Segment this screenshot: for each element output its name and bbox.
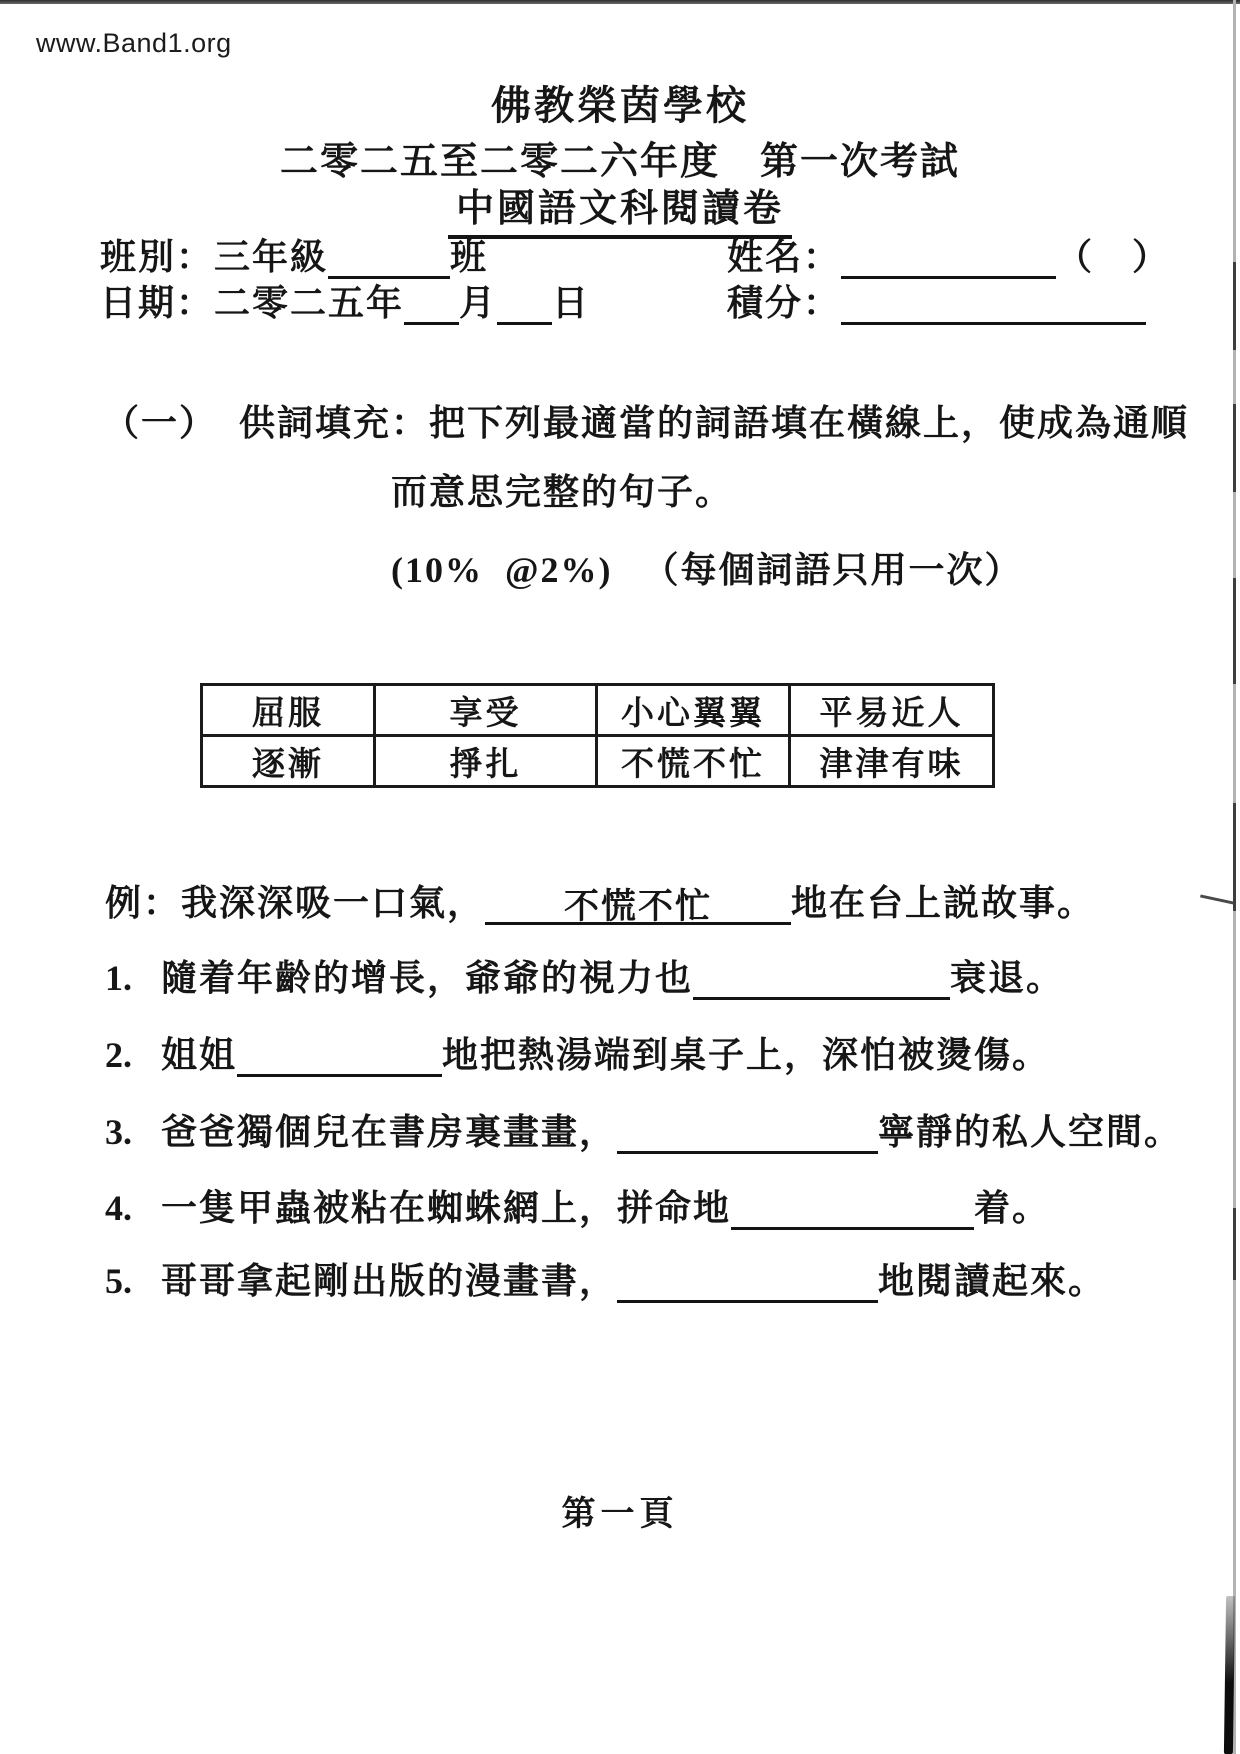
question-text-pre: 姐姐 xyxy=(161,1035,237,1075)
marks-usage-note: （每個詞語只用一次） xyxy=(642,550,1022,590)
watermark: www.Band1.org xyxy=(36,28,232,59)
word-bank-cell: 享受 xyxy=(375,685,597,736)
date-field: 日期：二零二五年月日 xyxy=(100,281,590,325)
name-label: 姓名： xyxy=(727,237,841,277)
example-answer-blank: 不慌不忙 xyxy=(485,885,791,925)
day-label: 日 xyxy=(552,283,590,323)
month-blank xyxy=(404,284,459,325)
score-field: 積分： xyxy=(727,281,1146,325)
paper-title: 中國語文科閱讀卷 xyxy=(448,177,792,239)
page-number: 第一頁 xyxy=(0,1486,1240,1535)
question-text-post: 衰退。 xyxy=(950,958,1064,998)
question-text-pre: 隨着年齡的增長，爺爺的視力也 xyxy=(161,958,693,998)
word-bank-cell: 小心翼翼 xyxy=(597,685,790,736)
word-bank-cell: 平易近人 xyxy=(790,685,994,736)
question-3: 3.爸爸獨個兒在書房裏畫畫，寧靜的私人空間。 xyxy=(105,1110,1182,1154)
score-label: 積分： xyxy=(727,283,841,323)
answer-blank xyxy=(693,959,950,1000)
example-line: 例：我深深吸一口氣，不慌不忙地在台上説故事。 xyxy=(105,881,1095,925)
question-5: 5.哥哥拿起剛出版的漫畫書，地閱讀起來。 xyxy=(105,1259,1106,1303)
score-blank xyxy=(841,284,1146,325)
class-unit-label: 班 xyxy=(450,237,488,277)
word-bank-cell: 屈服 xyxy=(202,685,375,736)
marks-percentage: (10% @2%) xyxy=(391,550,612,590)
section-one-heading: （一）供詞填充：把下列最適當的詞語填在橫線上，使成為通順 xyxy=(0,401,1240,447)
question-number: 5. xyxy=(105,1259,161,1303)
answer-blank xyxy=(237,1036,442,1077)
question-2: 2.姐姐地把熱湯端到桌子上，深怕被燙傷。 xyxy=(105,1033,1050,1077)
word-bank-cell: 掙扎 xyxy=(375,736,597,787)
question-4: 4.一隻甲蟲被粘在蜘蛛網上，拼命地着。 xyxy=(105,1186,1050,1230)
question-number: 4. xyxy=(105,1186,161,1230)
question-number: 2. xyxy=(105,1033,161,1077)
section-instruction: 供詞填充：把下列最適當的詞語填在橫線上，使成為通順 xyxy=(239,403,1189,443)
month-label: 月 xyxy=(459,283,497,323)
example-prefix: 例：我深深吸一口氣， xyxy=(105,883,485,923)
scan-edge-top xyxy=(0,0,1240,4)
question-text-post: 着。 xyxy=(974,1188,1050,1228)
question-number: 1. xyxy=(105,956,161,1000)
example-sentence: 例：我深深吸一口氣，不慌不忙地在台上説故事。 xyxy=(0,881,1240,927)
section-one-heading-line1: （一）供詞填充：把下列最適當的詞語填在橫線上，使成為通順 xyxy=(103,401,1189,445)
section-instruction-cont: 而意思完整的句子。 xyxy=(391,470,733,514)
word-bank-cell: 逐漸 xyxy=(202,736,375,787)
question-text-post: 寧靜的私人空間。 xyxy=(878,1112,1182,1152)
word-bank-row: 屈服 享受 小心翼翼 平易近人 xyxy=(202,685,994,736)
name-blank xyxy=(841,238,1056,279)
question-number: 3. xyxy=(105,1110,161,1154)
question-text-post: 地把熱湯端到桌子上，深怕被燙傷。 xyxy=(442,1035,1050,1075)
class-name-row: 班別：三年級班 姓名：（ ） xyxy=(0,235,1240,281)
word-bank-row: 逐漸 掙扎 不慌不忙 津津有味 xyxy=(202,736,994,787)
name-field: 姓名：（ ） xyxy=(727,235,1170,279)
answer-blank xyxy=(617,1113,878,1154)
section-one-heading-line2: 而意思完整的句子。 xyxy=(0,470,1240,516)
answer-blank xyxy=(731,1189,974,1230)
class-label: 班別：三年級 xyxy=(100,237,328,277)
question-row: 4.一隻甲蟲被粘在蜘蛛網上，拼命地着。 xyxy=(0,1186,1240,1232)
marks-note: (10% @2%)（每個詞語只用一次） xyxy=(391,548,1022,592)
question-row: 1.隨着年齡的增長，爺爺的視力也衰退。 xyxy=(0,956,1240,1002)
class-field: 班別：三年級班 xyxy=(100,235,488,279)
question-text-pre: 爸爸獨個兒在書房裏畫畫， xyxy=(161,1112,617,1152)
question-text-pre: 哥哥拿起剛出版的漫畫書， xyxy=(161,1261,617,1301)
question-row: 5.哥哥拿起剛出版的漫畫書，地閱讀起來。 xyxy=(0,1259,1240,1305)
question-1: 1.隨着年齡的增長，爺爺的視力也衰退。 xyxy=(105,956,1064,1000)
date-score-row: 日期：二零二五年月日 積分： xyxy=(0,281,1240,327)
example-suffix: 地在台上説故事。 xyxy=(791,883,1095,923)
exam-paper-page: www.Band1.org 佛教榮茵學校 二零二五至二零二六年度 第一次考試 中… xyxy=(0,0,1240,1754)
day-blank xyxy=(497,284,552,325)
paper-title-line: 中國語文科閱讀卷 xyxy=(0,177,1240,239)
class-blank xyxy=(328,238,450,279)
word-bank-table: 屈服 享受 小心翼翼 平易近人 逐漸 掙扎 不慌不忙 津津有味 xyxy=(200,683,995,788)
question-row: 2.姐姐地把熱湯端到桌子上，深怕被燙傷。 xyxy=(0,1033,1240,1079)
answer-blank xyxy=(617,1262,878,1303)
word-bank-cell: 不慌不忙 xyxy=(597,736,790,787)
question-text-pre: 一隻甲蟲被粘在蜘蛛網上，拼命地 xyxy=(161,1188,731,1228)
date-label: 日期：二零二五年 xyxy=(100,283,404,323)
name-paren: （ ） xyxy=(1056,237,1170,277)
word-bank-cell: 津津有味 xyxy=(790,736,994,787)
school-name: 佛教榮茵學校 xyxy=(0,74,1240,131)
marks-row: (10% @2%)（每個詞語只用一次） xyxy=(0,548,1240,594)
section-number: （一） xyxy=(103,403,217,443)
question-row: 3.爸爸獨個兒在書房裏畫畫，寧靜的私人空間。 xyxy=(0,1110,1240,1156)
question-text-post: 地閱讀起來。 xyxy=(878,1261,1106,1301)
